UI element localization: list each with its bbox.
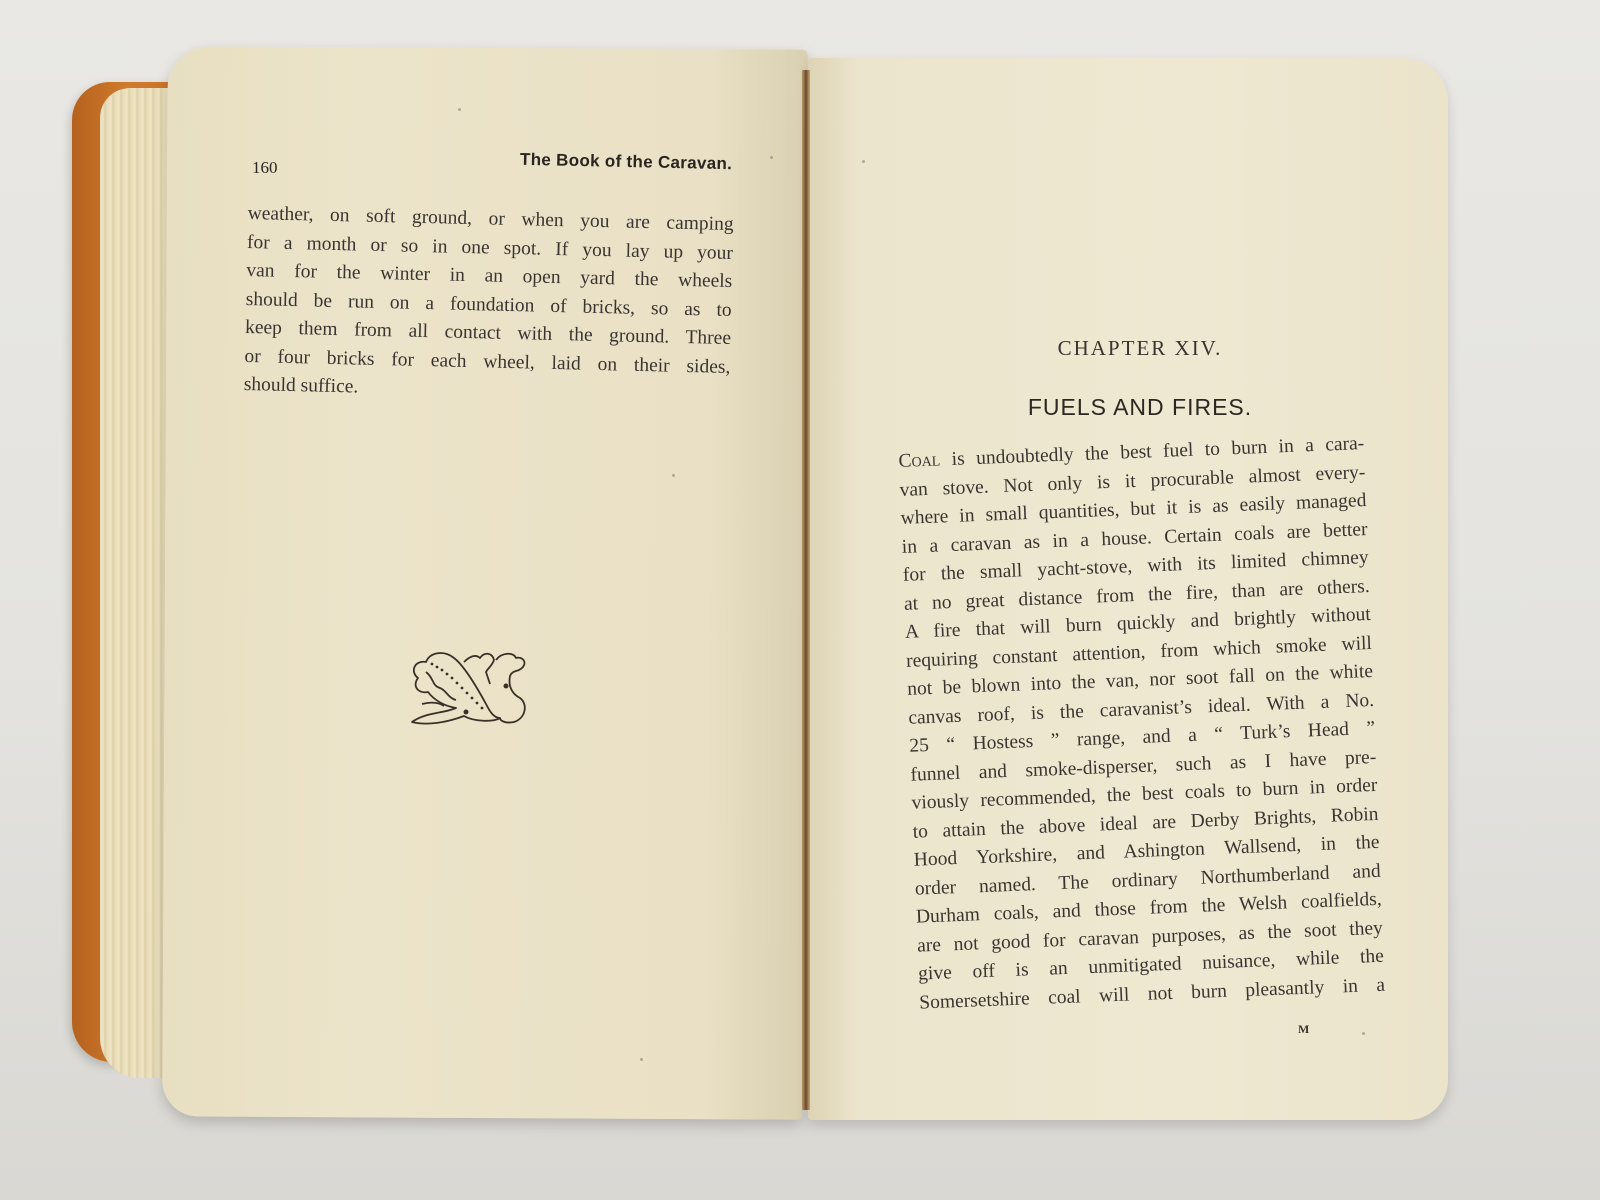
running-head: 160 The Book of the Caravan. (252, 152, 732, 182)
paper-speck (640, 1058, 643, 1061)
acanthus-ornament-icon (404, 642, 534, 732)
right-page-text: Coal is undoubtedly the best fuel to bur… (898, 430, 1386, 1017)
page-number: 160 (252, 158, 278, 178)
signature-mark: M (1298, 1022, 1309, 1037)
chapter-label: CHAPTER XIV. (1000, 336, 1280, 361)
drop-word: Coal (898, 449, 941, 472)
left-page-text: weather, on soft ground, or when you are… (243, 200, 733, 410)
book-gutter (802, 70, 810, 1110)
paper-speck (770, 156, 773, 159)
paper-speck (862, 160, 865, 163)
running-head-title: The Book of the Caravan. (520, 150, 733, 174)
paper-speck (458, 108, 461, 111)
paper-speck (1362, 1032, 1365, 1035)
chapter-title: FUELS AND FIRES. (960, 394, 1320, 421)
paper-speck (672, 474, 675, 477)
